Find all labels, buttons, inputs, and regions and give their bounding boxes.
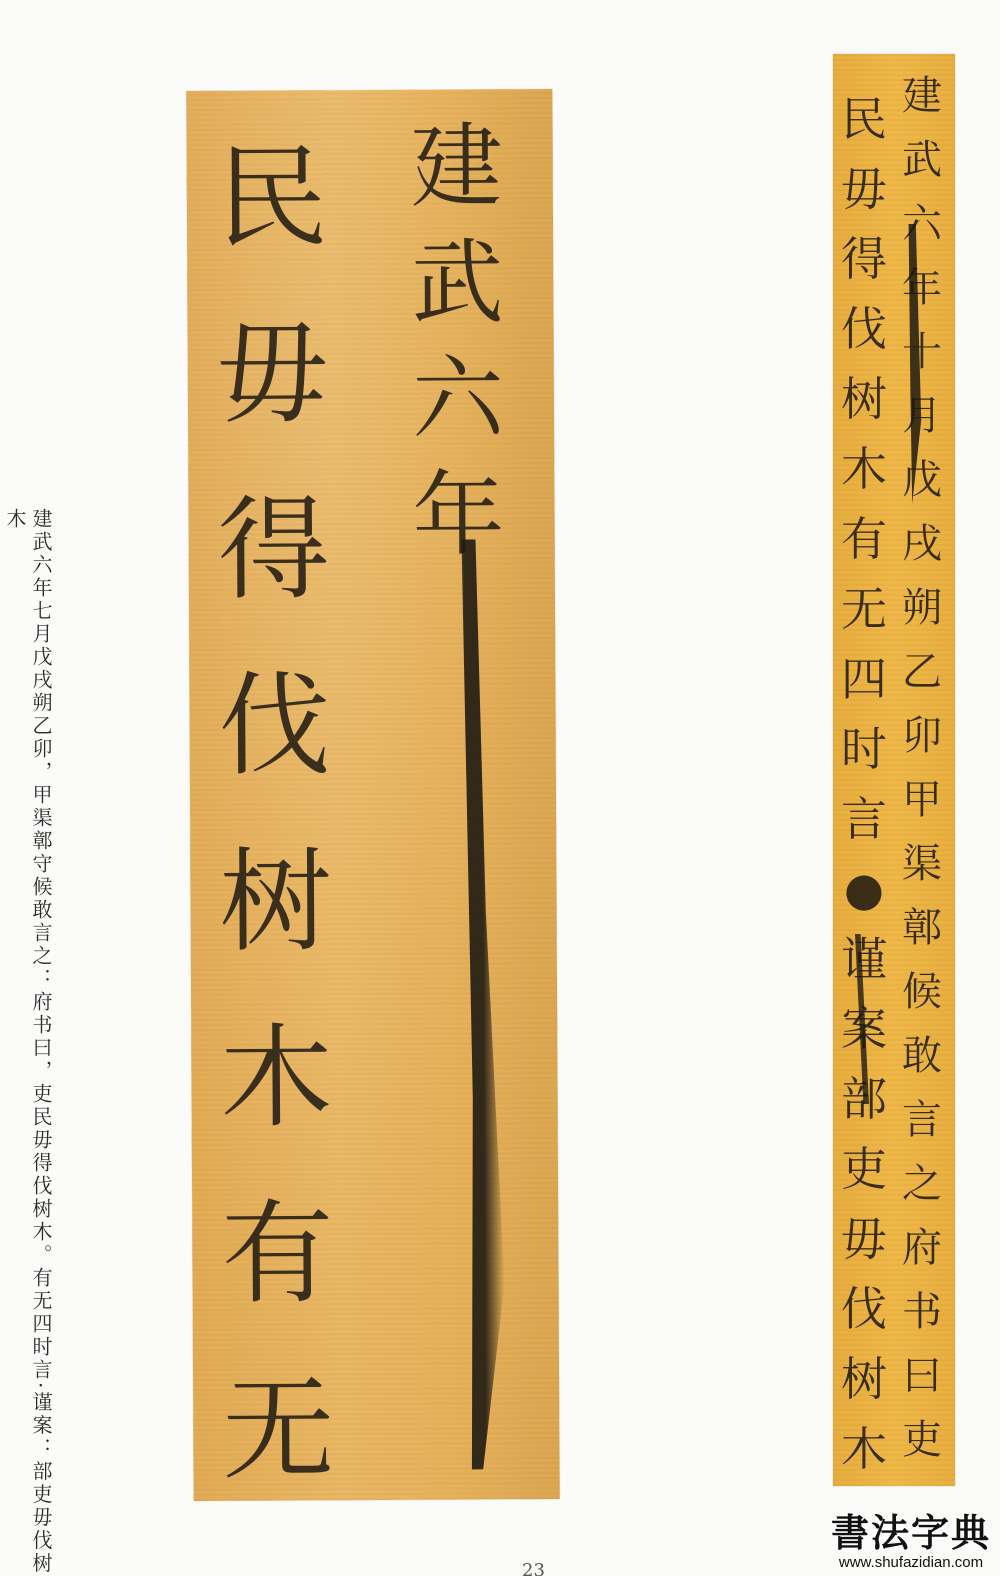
bamboo-slip-large: 民 毋 得 伐 树 木 有 无 建 武 六 年 (186, 89, 559, 1501)
page-number: 23 (522, 1560, 545, 1576)
glyph: 吏 (902, 1408, 942, 1472)
glyph: 得 (217, 462, 330, 639)
glyph: 树 (219, 814, 332, 991)
glyph: 有 (221, 1166, 334, 1343)
bamboo-slip-small: 民 毋 得 伐 树 木 有 无 四 时 言 ● 谨 案 部 吏 毋 伐 树 木 … (833, 54, 955, 1486)
glyph: 建 (410, 109, 503, 225)
glyph: 有 (841, 504, 887, 574)
glyph: 无 (222, 1342, 335, 1519)
glyph: 毋 (216, 286, 329, 463)
glyph: 敢 (902, 1024, 942, 1088)
glyph: 民 (215, 110, 328, 287)
slip-large-column-right: 建 武 六 年 (386, 109, 528, 574)
glyph: 戌 (902, 512, 942, 576)
glyph: 时 (841, 714, 887, 784)
watermark: 書法字典 www.shufazidian.com (826, 1512, 996, 1572)
glyph: 年 (902, 256, 942, 320)
glyph: 月 (902, 384, 942, 448)
glyph: 伐 (218, 638, 331, 815)
glyph: 六 (902, 192, 942, 256)
glyph: 四 (841, 644, 887, 714)
glyph: 鄣 (902, 896, 942, 960)
glyph: 树 (841, 1344, 887, 1414)
glyph: 谨 (841, 924, 887, 994)
glyph: 毋 (841, 154, 887, 224)
glyph: 无 (841, 574, 887, 644)
glyph: 乙 (902, 640, 942, 704)
glyph: 曰 (902, 1344, 942, 1408)
glyph: 朔 (902, 576, 942, 640)
glyph: 甲 (902, 768, 942, 832)
glyph: 树 (841, 364, 887, 434)
glyph: 民 (841, 84, 887, 154)
watermark-url: www.shufazidian.com (826, 1554, 996, 1572)
long-brush-stroke (445, 539, 506, 1469)
glyph: 伐 (841, 1274, 887, 1344)
glyph: ● (844, 854, 884, 924)
glyph: 渠 (902, 832, 942, 896)
glyph: 建 (902, 64, 942, 128)
caption-transcription: 建武六年七月戊戌朔乙卯，甲渠鄣守候敢言之：府书曰，吏民毋得伐树木。有无四时言·谨… (28, 508, 54, 1576)
glyph: 戊 (902, 448, 942, 512)
glyph: 毋 (841, 1204, 887, 1274)
glyph: 府 (902, 1216, 942, 1280)
glyph: 言 (841, 784, 887, 854)
glyph: 六 (412, 341, 505, 457)
slip-small-column-left: 民 毋 得 伐 树 木 有 无 四 时 言 ● 谨 案 部 吏 毋 伐 树 木 (835, 84, 893, 1484)
glyph: 年 (412, 457, 505, 573)
glyph: 卯 (902, 704, 942, 768)
glyph: 吏 (841, 1134, 887, 1204)
glyph: 武 (411, 225, 504, 341)
glyph: 木 (841, 434, 887, 504)
glyph: 之 (902, 1152, 942, 1216)
glyph: 书 (902, 1280, 942, 1344)
slip-large-column-left: 民 毋 得 伐 树 木 有 无 (196, 110, 353, 1519)
watermark-title: 書法字典 (826, 1512, 996, 1554)
glyph: 武 (902, 128, 942, 192)
glyph: 木 (220, 990, 333, 1167)
glyph: 言 (902, 1088, 942, 1152)
glyph: 伐 (841, 294, 887, 364)
glyph: 木 (841, 1414, 887, 1484)
glyph: 十 (902, 320, 942, 384)
glyph: 得 (841, 224, 887, 294)
glyph: 候 (902, 960, 942, 1024)
slip-small-column-right: 建 武 六 年 十 月 戊 戌 朔 乙 卯 甲 渠 鄣 候 敢 言 之 府 书 … (893, 64, 951, 1472)
